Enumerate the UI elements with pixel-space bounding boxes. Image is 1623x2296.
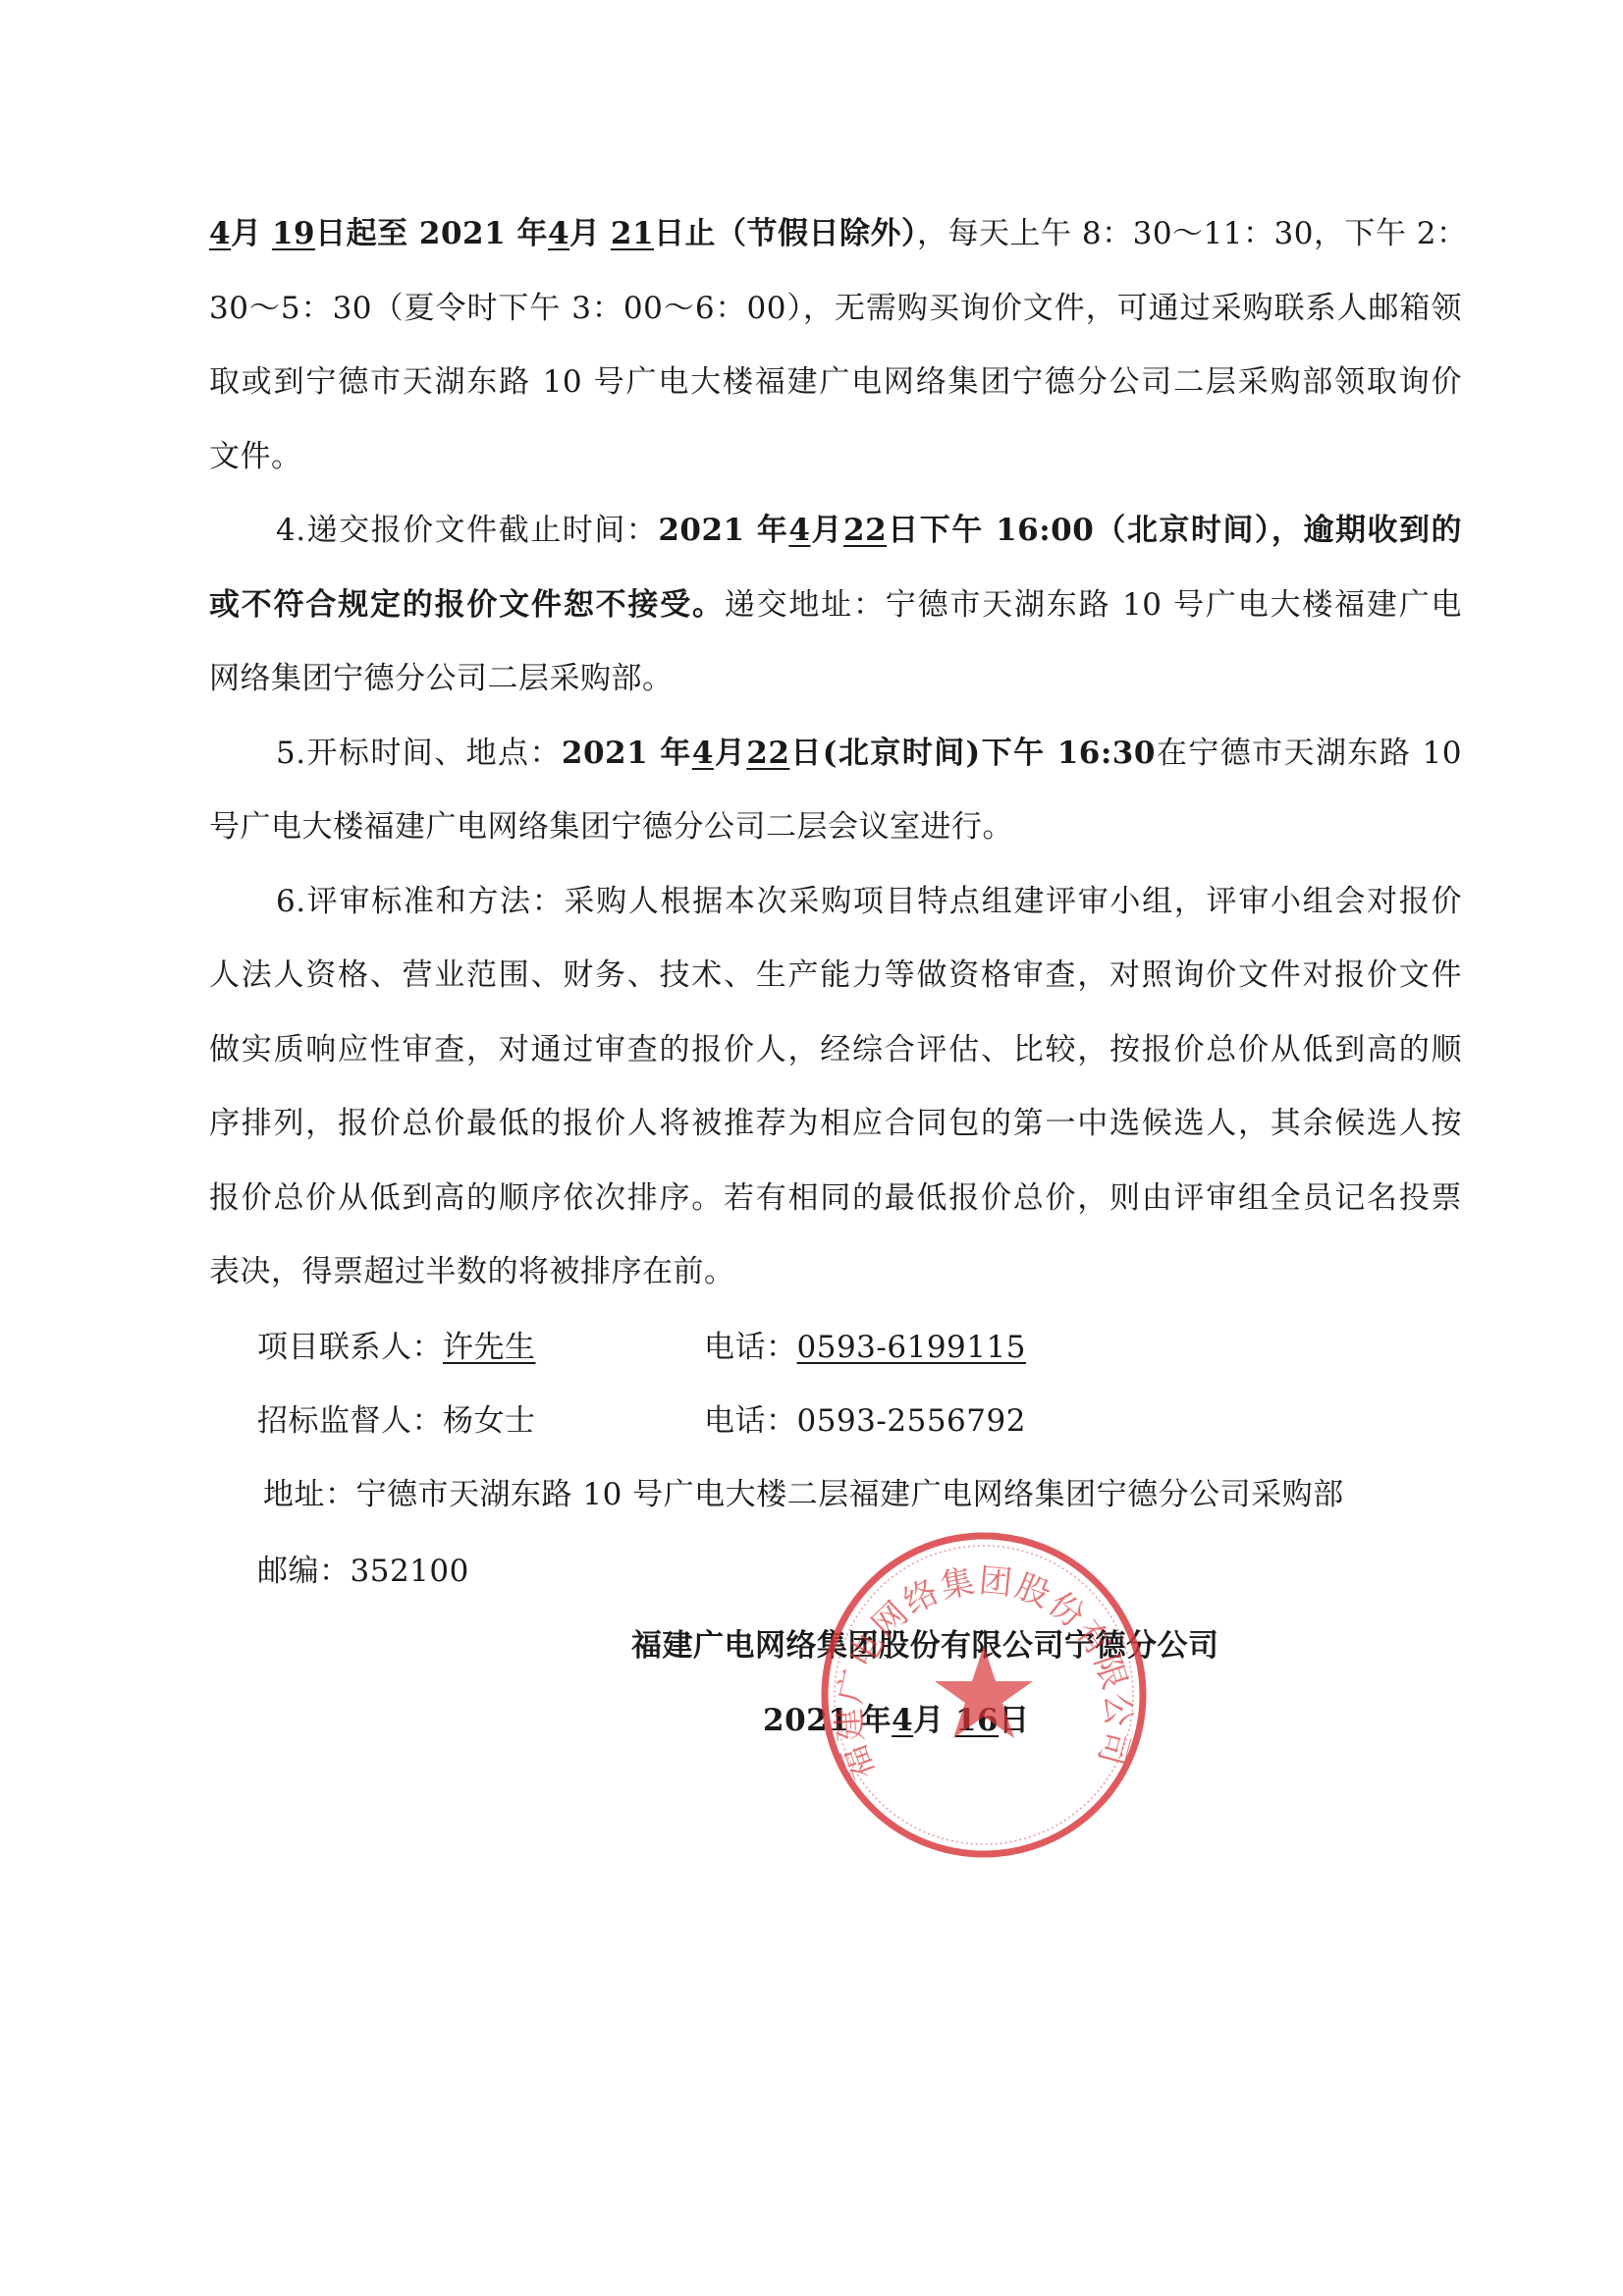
supervisor-contact: 招标监督人：杨女士	[257, 1401, 536, 1441]
paragraph-6-line-4: 序排列，报价总价最低的报价人将被推荐为相应合同包的第一中选候选人，其余候选人按	[209, 1104, 1462, 1143]
month-text: 4	[788, 513, 810, 548]
phone-number: 0593-6199115	[797, 1330, 1026, 1365]
label: 邮编：	[257, 1554, 351, 1589]
paragraph-6-line-1: 6.评审标准和方法：采购人根据本次采购项目特点组建评审小组，评审小组会对报价	[276, 882, 1462, 921]
text-segment: 日下午 16:00（北京时间），逾期收到的	[887, 513, 1462, 548]
paragraph-6-line-5: 报价总价从低到高的顺序依次排序。若有相同的最低报价总价，则由评审组全员记名投票	[209, 1178, 1462, 1218]
date-month: 4	[892, 1703, 913, 1738]
text-segment: 日起至 2021 年	[315, 216, 548, 251]
text-segment: 月	[569, 216, 601, 251]
address-text: 宁德市天湖东路 10 号广电大楼二层福建广电网络集团宁德分公司采购部	[356, 1477, 1344, 1512]
paragraph-3-line-1: 4月 19日起至 2021 年4月 21日止（节假日除外），每天上午 8：30～…	[209, 214, 1462, 253]
text-segment: 日(北京时间)下午 16:30	[789, 736, 1156, 771]
section-heading: 5.开标时间、地点：	[276, 736, 562, 771]
date-year: 2021 年	[763, 1703, 892, 1738]
paragraph-4-line-1: 4.递交报价文件截止时间：2021 年4月22日下午 16:00（北京时间），逾…	[276, 511, 1462, 550]
text-segment: 在宁德市天湖东路 10	[1156, 736, 1462, 771]
paragraph-3-line-3: 取或到宁德市天湖东路 10 号广电大楼福建广电网络集团宁德分公司二层采购部领取询…	[209, 362, 1462, 402]
paragraph-4-line-3: 网络集团宁德分公司二层采购部。	[209, 659, 1462, 698]
company-signature: 福建广电网络集团股份有限公司宁德分公司	[631, 1626, 1219, 1666]
text-segment: 月	[714, 736, 746, 771]
label: 招标监督人：	[257, 1403, 443, 1439]
paragraph-6-line-2: 人法人资格、营业范围、财务、技术、生产能力等做资格审查，对照询价文件对报价文件	[209, 956, 1462, 995]
text-segment: 或不符合规定的报价文件恕不接受。	[209, 587, 725, 623]
day-text: 19	[272, 216, 315, 251]
paragraph-4-line-2: 或不符合规定的报价文件恕不接受。递交地址：宁德市天湖东路 10 号广电大楼福建广…	[209, 585, 1462, 625]
contact-name: 许先生	[443, 1330, 536, 1365]
project-contact: 项目联系人：许先生	[257, 1328, 536, 1367]
month-text: 4	[548, 216, 569, 251]
text-segment: ，每天上午 8：30～11：30，下午 2：	[917, 216, 1468, 251]
day-text: 22	[843, 513, 887, 548]
month-text: 4	[209, 216, 231, 251]
month-text: 4	[692, 736, 714, 771]
project-phone: 电话：0593-6199115	[704, 1328, 1026, 1367]
day-text: 21	[611, 216, 654, 251]
paragraph-3-line-2: 30～5：30（夏令时下午 3：00～6：00），无需购买询价文件，可通过采购联…	[209, 289, 1462, 328]
paragraph-6-line-6: 表决，得票超过半数的将被排序在前。	[209, 1252, 1462, 1291]
company-seal-icon: 福建广电网络集团股份有限公司宁德分公司	[817, 1528, 1151, 1862]
paragraph-5-line-2: 号广电大楼福建广电网络集团宁德分公司二层会议室进行。	[209, 807, 1462, 847]
day-text: 22	[746, 736, 789, 771]
address: 地址：宁德市天湖东路 10 号广电大楼二层福建广电网络集团宁德分公司采购部	[263, 1475, 1344, 1514]
text-segment: 月	[231, 216, 262, 251]
contact-name: 杨女士	[443, 1403, 536, 1439]
label: 项目联系人：	[257, 1330, 443, 1365]
text-segment: 日止（节假日除外）	[654, 216, 917, 251]
label: 电话：	[704, 1403, 797, 1439]
paragraph-5-line-1: 5.开标时间、地点：2021 年4月22日(北京时间)下午 16:30在宁德市天…	[276, 734, 1462, 773]
text-segment: 月	[811, 513, 844, 548]
text-segment: 2021 年	[658, 513, 788, 548]
text-segment: 2021 年	[562, 736, 692, 771]
label: 电话：	[704, 1330, 797, 1365]
text-segment: 递交地址：宁德市天湖东路 10 号广电大楼福建广电	[725, 587, 1462, 623]
postcode-text: 352100	[351, 1554, 469, 1589]
date-day: 16	[955, 1703, 999, 1738]
supervisor-phone: 电话：0593-2556792	[704, 1401, 1026, 1441]
paragraph-6-line-3: 做实质响应性审查，对通过审查的报价人，经综合评估、比较，按报价总价从低到高的顺	[209, 1030, 1462, 1069]
section-heading: 4.递交报价文件截止时间：	[276, 513, 658, 548]
phone-number: 0593-2556792	[797, 1403, 1026, 1439]
label: 地址：	[263, 1477, 356, 1512]
text-segment: 月	[913, 1703, 945, 1738]
postcode: 邮编：352100	[257, 1552, 469, 1591]
document-page: 4月 19日起至 2021 年4月 21日止（节假日除外），每天上午 8：30～…	[0, 0, 1623, 2296]
paragraph-3-line-4: 文件。	[209, 437, 1462, 476]
signature-date: 2021 年4月 16日	[763, 1701, 1030, 1740]
text-segment: 日	[999, 1703, 1030, 1738]
